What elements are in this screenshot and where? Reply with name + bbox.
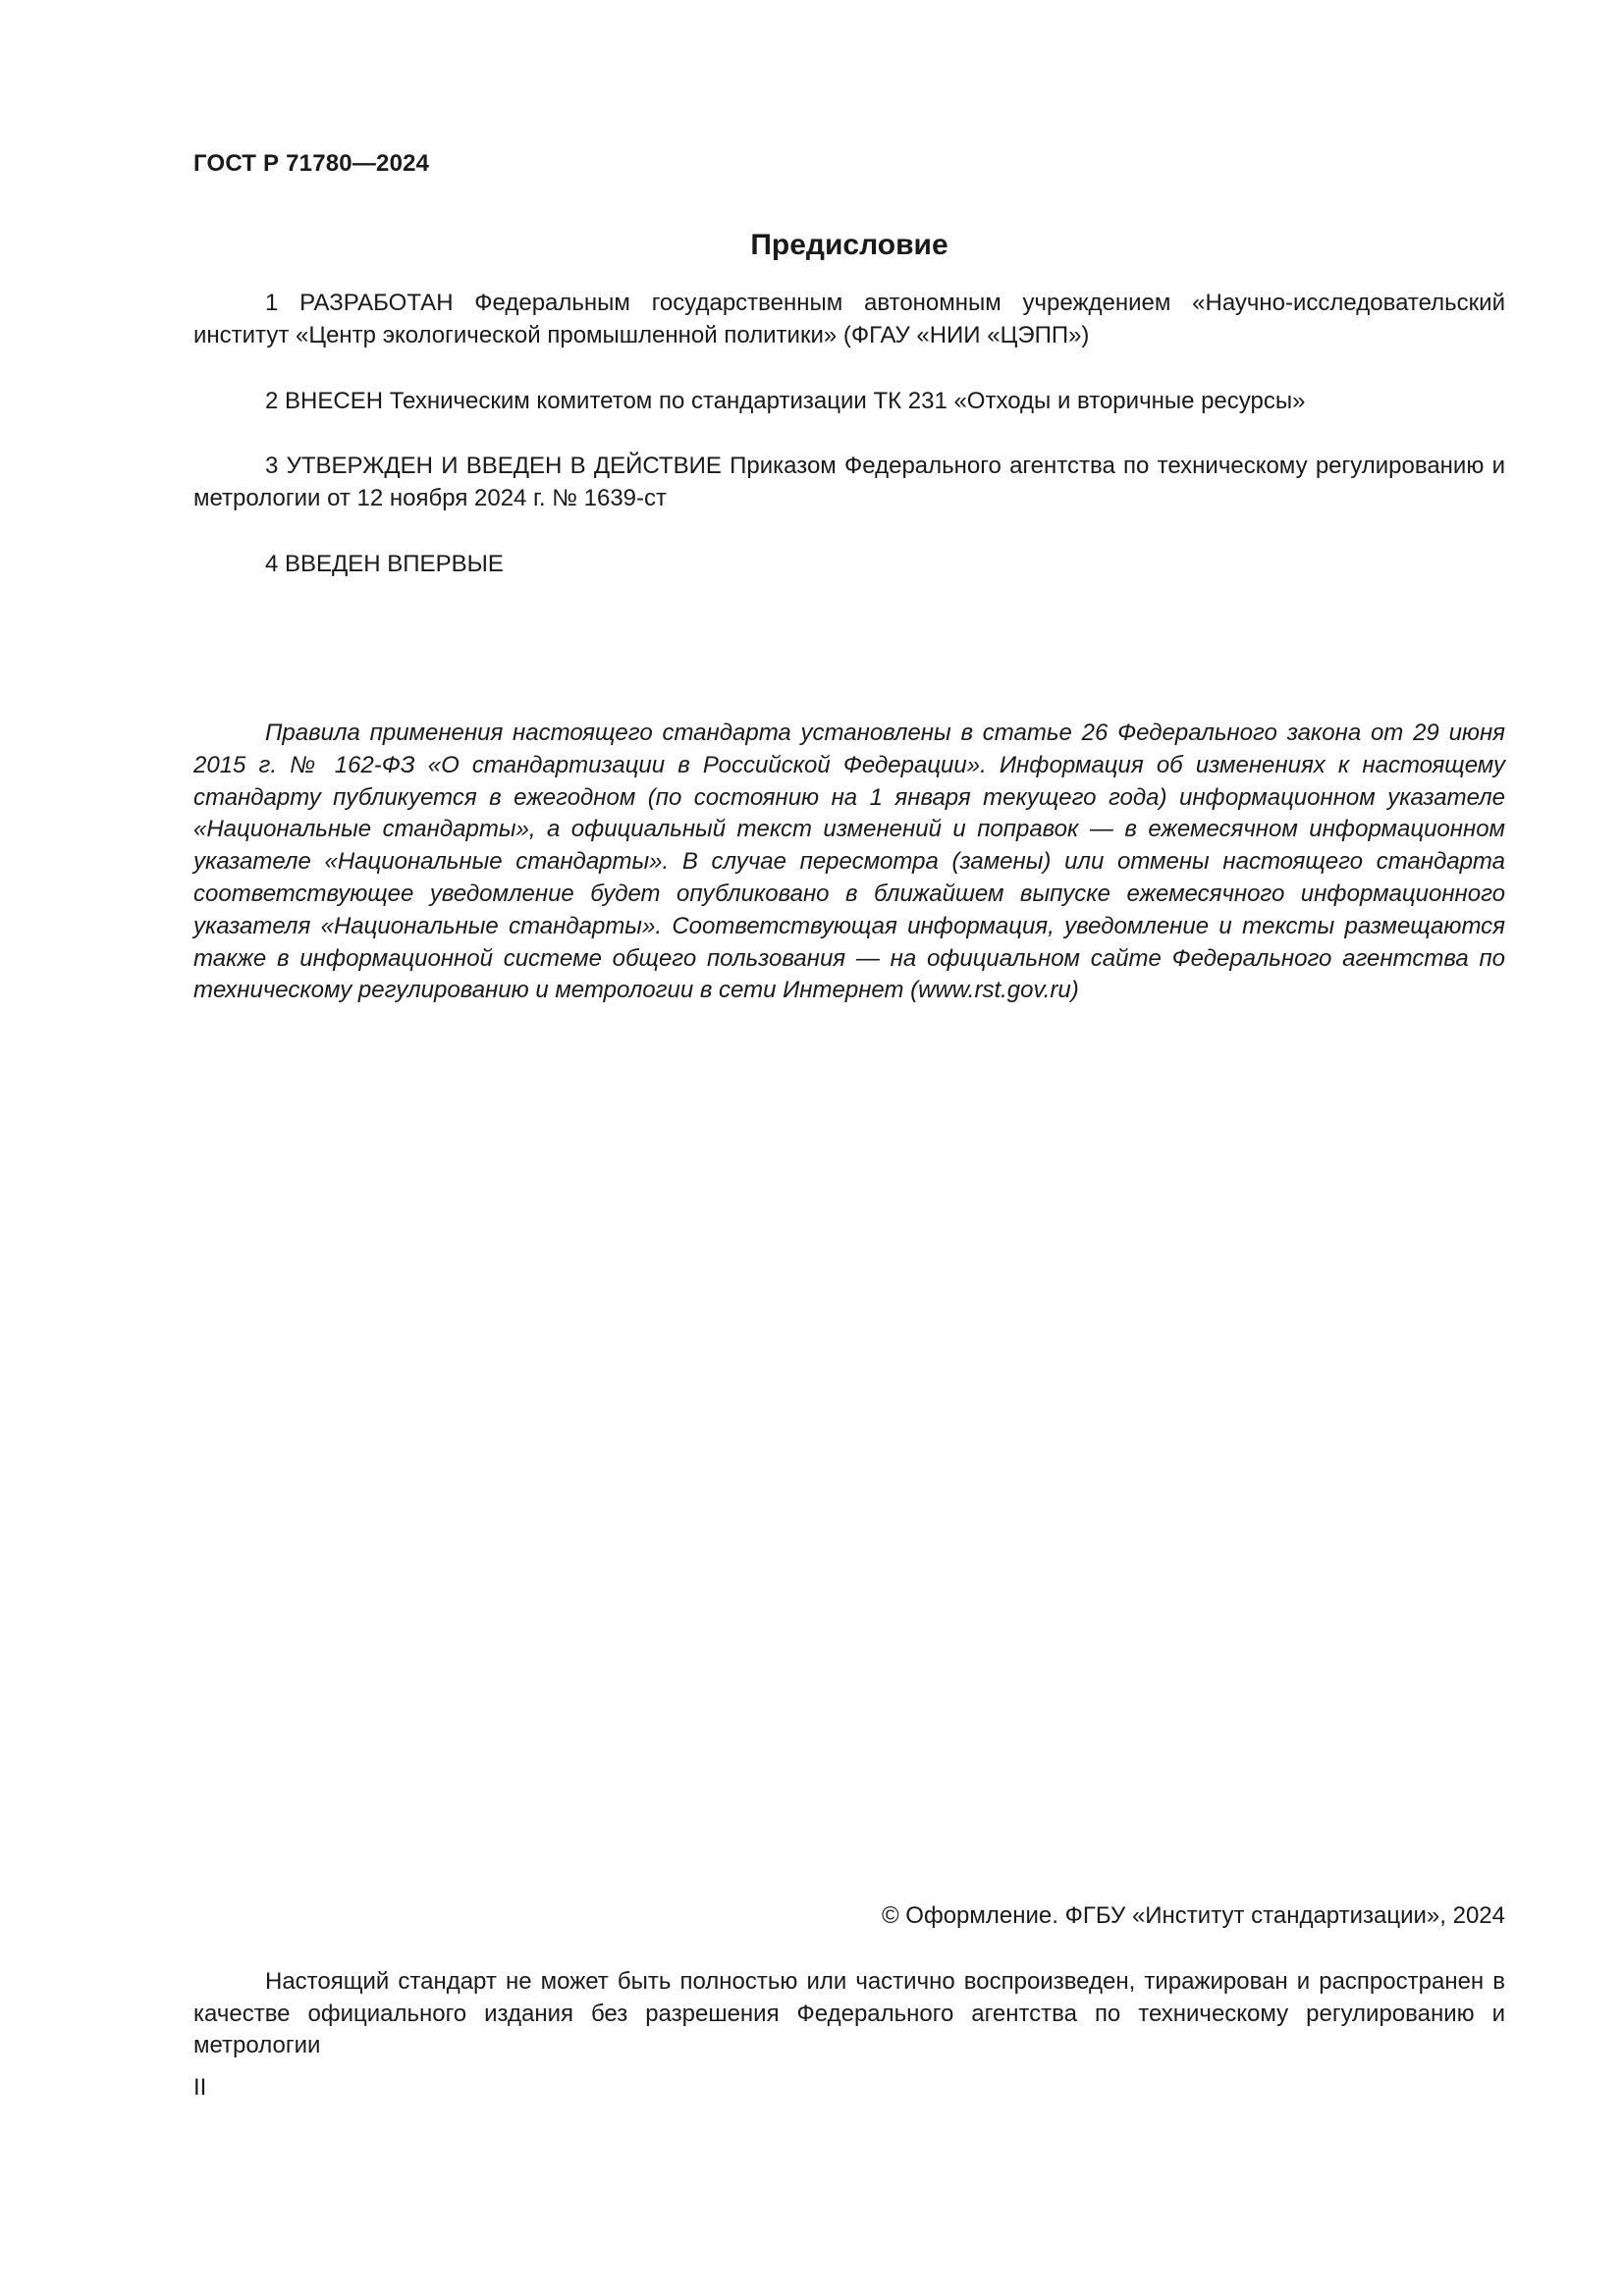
reproduction-notice: Настоящий стандарт не может быть полност… [193, 1966, 1505, 2062]
page-number: II [193, 2073, 206, 2103]
document-id: ГОСТ Р 71780—2024 [193, 149, 429, 179]
foreword-item-2: 2 ВНЕСЕН Техническим комитетом по станда… [193, 385, 1505, 417]
copyright-notice: © Оформление. ФГБУ «Институт стандартиза… [882, 1901, 1505, 1931]
foreword-item-4: 4 ВВЕДЕН ВПЕРВЫЕ [193, 548, 1505, 580]
foreword-item-1: 1 РАЗРАБОТАН Федеральным государственным… [193, 287, 1505, 351]
page-title: Предисловие [193, 228, 1505, 263]
application-rules-note: Правила применения настоящего стандарта … [193, 718, 1505, 1007]
foreword-item-3: 3 УТВЕРЖДЕН И ВВЕДЕН В ДЕЙСТВИЕ Приказом… [193, 450, 1505, 514]
